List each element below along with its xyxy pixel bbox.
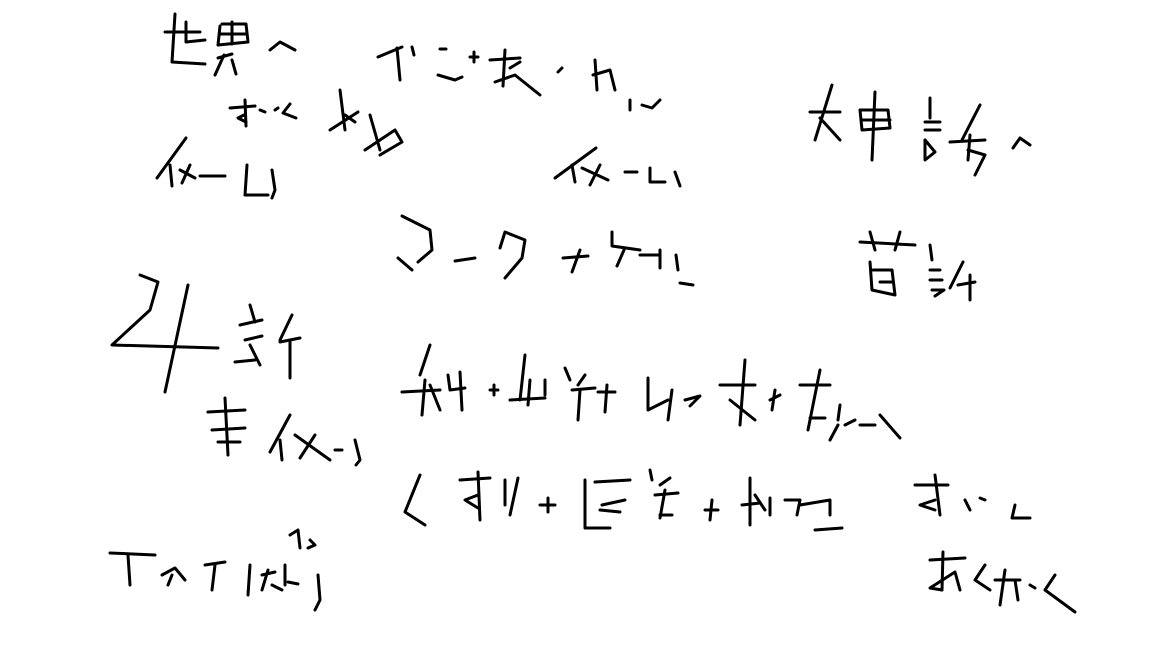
sketch-ikou — [378, 47, 660, 110]
sketch-okurenaku — [930, 552, 1075, 612]
sketch-mark-size — [398, 216, 693, 285]
sketch-hon-image — [208, 398, 360, 465]
sketch-text-box — [110, 530, 320, 610]
sketch-shinwa — [810, 85, 1030, 175]
sketch-science-row — [402, 345, 900, 440]
sketch-image-1 — [157, 138, 275, 198]
sketch-subete-2 — [915, 475, 1030, 518]
sketch-sekai — [165, 14, 295, 75]
sketch-canvas — [0, 0, 1152, 648]
sketch-subete — [230, 100, 296, 126]
sketch-kome — [330, 90, 402, 155]
sketch-mukashibanashi — [860, 232, 975, 300]
sketch-shin-4 — [112, 275, 300, 392]
sketch-image-2 — [555, 148, 680, 186]
sketch-medicine-row — [405, 470, 842, 530]
